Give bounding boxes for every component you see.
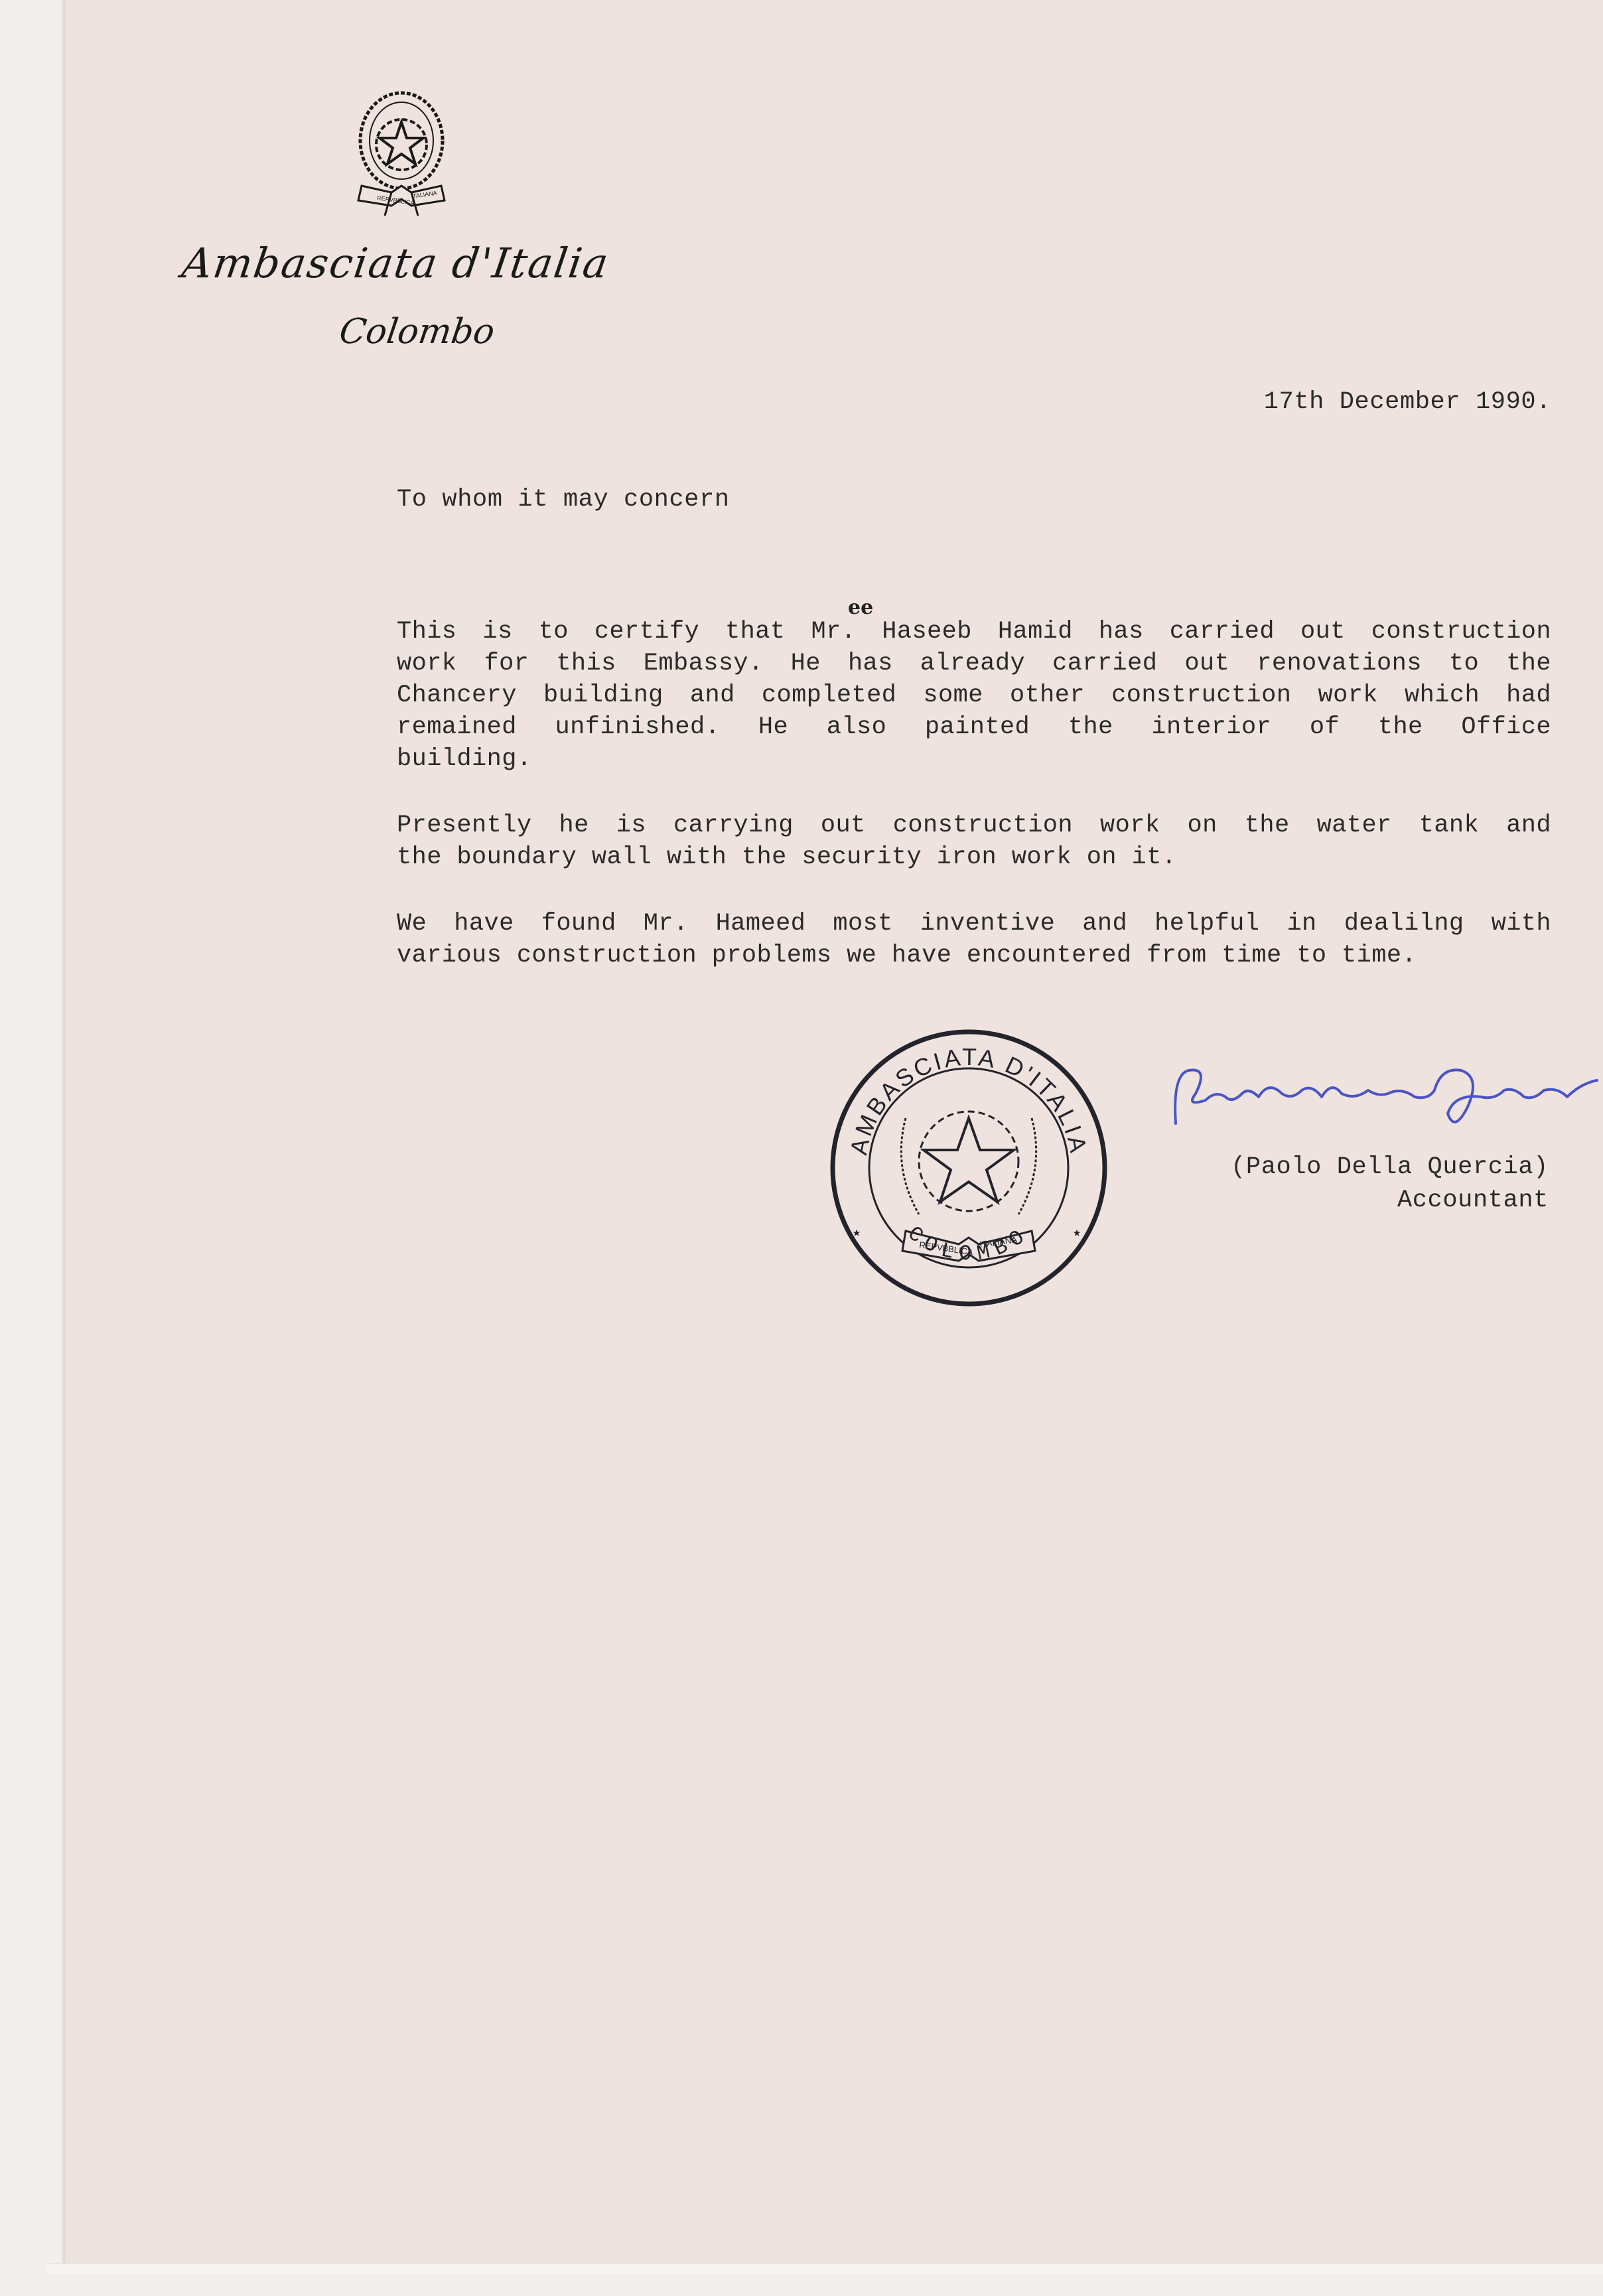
signatory-name: (Paolo Della Quercia) xyxy=(1231,1153,1549,1181)
embassy-name: Ambasciata d'Italia xyxy=(179,239,612,287)
body-line: remained unfinished. He also painted the… xyxy=(397,711,1551,743)
letter-date: 17th December 1990. xyxy=(1264,388,1551,416)
body-line: Chancery building and completed some oth… xyxy=(397,680,1551,711)
scan-edge xyxy=(46,2263,1603,2273)
body-line: building. xyxy=(397,743,1551,775)
body-line: work for this Embassy. He has already ca… xyxy=(397,648,1551,680)
official-seal-icon: AMBASCIATA D'ITALIA COLOMBO REPVBBLICA I… xyxy=(826,1025,1111,1311)
body-line: various construction problems we have en… xyxy=(397,940,1551,971)
salutation: To whom it may concern xyxy=(397,486,730,514)
svg-text:★: ★ xyxy=(853,1226,861,1241)
signatory-title: Accountant xyxy=(1397,1186,1549,1214)
embassy-city: Colombo xyxy=(337,312,497,352)
paragraph-recommendation: We have found Mr. Hameed most inventive … xyxy=(397,908,1551,971)
handwritten-signature-icon xyxy=(1169,1060,1603,1133)
body-line: We have found Mr. Hameed most inventive … xyxy=(397,908,1551,940)
body-line: the boundary wall with the security iron… xyxy=(397,841,1551,873)
italian-republic-emblem-icon: REPVBBLICA ITALIANA xyxy=(345,86,458,219)
letter-body: This is to certify that Mr. Haseeb Hamid… xyxy=(397,616,1551,1006)
paragraph-certification: This is to certify that Mr. Haseeb Hamid… xyxy=(397,616,1551,775)
body-line: This is to certify that Mr. Haseeb Hamid… xyxy=(397,616,1551,648)
paragraph-current-work: Presently he is carrying out constructio… xyxy=(397,810,1551,873)
svg-text:★: ★ xyxy=(1073,1226,1081,1241)
body-line: Presently he is carrying out constructio… xyxy=(397,810,1551,841)
